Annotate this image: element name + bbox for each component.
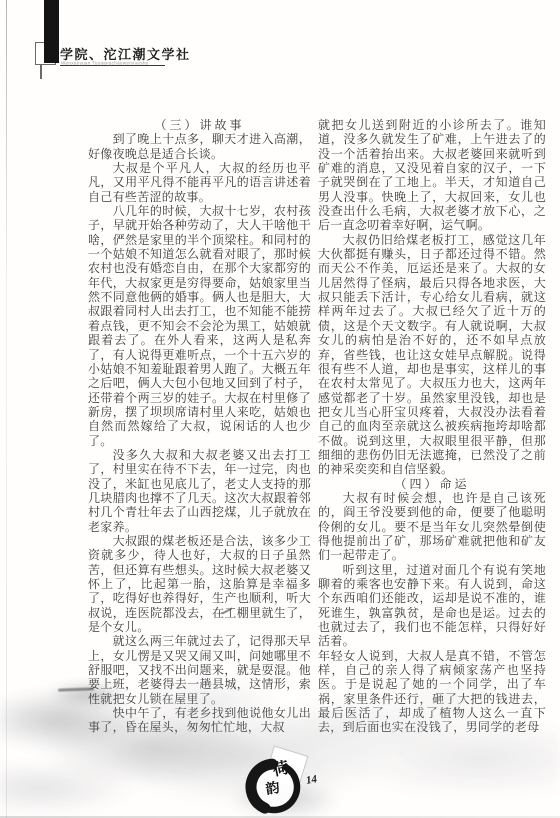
society-title-romanized: Wenxueyuan Tuojiangchaowenxueshe: [61, 61, 149, 67]
paragraph: 八几年的时候，大叔十七岁，农村孩子，早就开始各种劳动了，大人干啥他干啥，俨然是家…: [88, 204, 311, 448]
paragraph: 听到这里，过道对面几个有说有笑地聊着的乘客也安静下来。有人说到，命这个东西咱们还…: [318, 563, 546, 649]
paragraph: 就把女儿送到附近的小诊所去了。谁知道，没多久就发生了矿难，上午进去了的没一个活着…: [318, 118, 546, 233]
logo-character-he: 荷: [272, 761, 291, 780]
text-column-left: （三）讲故事到了晚上十点多，聊天才进入高潮，好像夜晚总是适合长谈。大叔是个平凡人…: [88, 118, 311, 735]
page-number: 14: [305, 773, 318, 787]
text-column-right: 就把女儿送到附近的小诊所去了。谁知道，没多久就发生了矿难，上午进去了的没一个活着…: [318, 118, 546, 735]
paragraph: 大叔跟的煤老板还是合法，该多少工资就多少，待人也好，大叔的日子虽然苦，但还算有些…: [88, 534, 311, 634]
paragraph: 快中午了，有老乡找到他说他女儿出事了，昏在屋头，匆匆忙忙地，大叔: [88, 706, 311, 735]
logo-character-yun: 韵: [265, 782, 281, 798]
section-heading: （三）讲故事: [88, 118, 311, 132]
page-edge-shadow: [6, 0, 7, 818]
header-black-bar: [44, 0, 59, 63]
paragraph: 大叔仍旧给煤老板打工，感觉这几年大伙都挺有赚头，日子都还过得不错。然而天公不作美…: [318, 233, 546, 477]
society-logo: 荷 韵: [240, 756, 332, 818]
paragraph: 年轻女人说到，大叔人是真不错，不管怎样，自己的亲人得了病倾家荡产也坚持医。于是说…: [318, 649, 546, 735]
section-heading: （四）命运: [318, 477, 546, 491]
magazine-page: 学院、沱江潮文学社 Wenxueyuan Tuojiangchaowenxues…: [0, 0, 560, 818]
paragraph: 没多久大叔和大叔老婆又出去打工了，村里实在待不下去，年一过完，肉也没了，米缸也见…: [88, 448, 311, 534]
paragraph: 大叔有时候会想，也许是自己该死的，阎王爷没要到他的命，便要了他聪明伶俐的女儿。要…: [318, 491, 546, 563]
header-outline-tail: [40, 64, 42, 79]
paragraph: 大叔是个平凡人，大叔的经历也平凡，又用平凡得不能再平凡的语言讲述着自己有些苦涩的…: [88, 161, 311, 204]
article-body: （三）讲故事到了晚上十点多，聊天才进入高潮，好像夜晚总是适合长谈。大叔是个平凡人…: [88, 118, 546, 735]
paragraph: 到了晚上十点多，聊天才进入高潮，好像夜晚总是适合长谈。: [88, 132, 311, 161]
paragraph: 就这么两三年就过去了，记得那天早上，女儿愣是又哭又闹又叫，问她哪里不舒服吧，又找…: [88, 634, 311, 706]
